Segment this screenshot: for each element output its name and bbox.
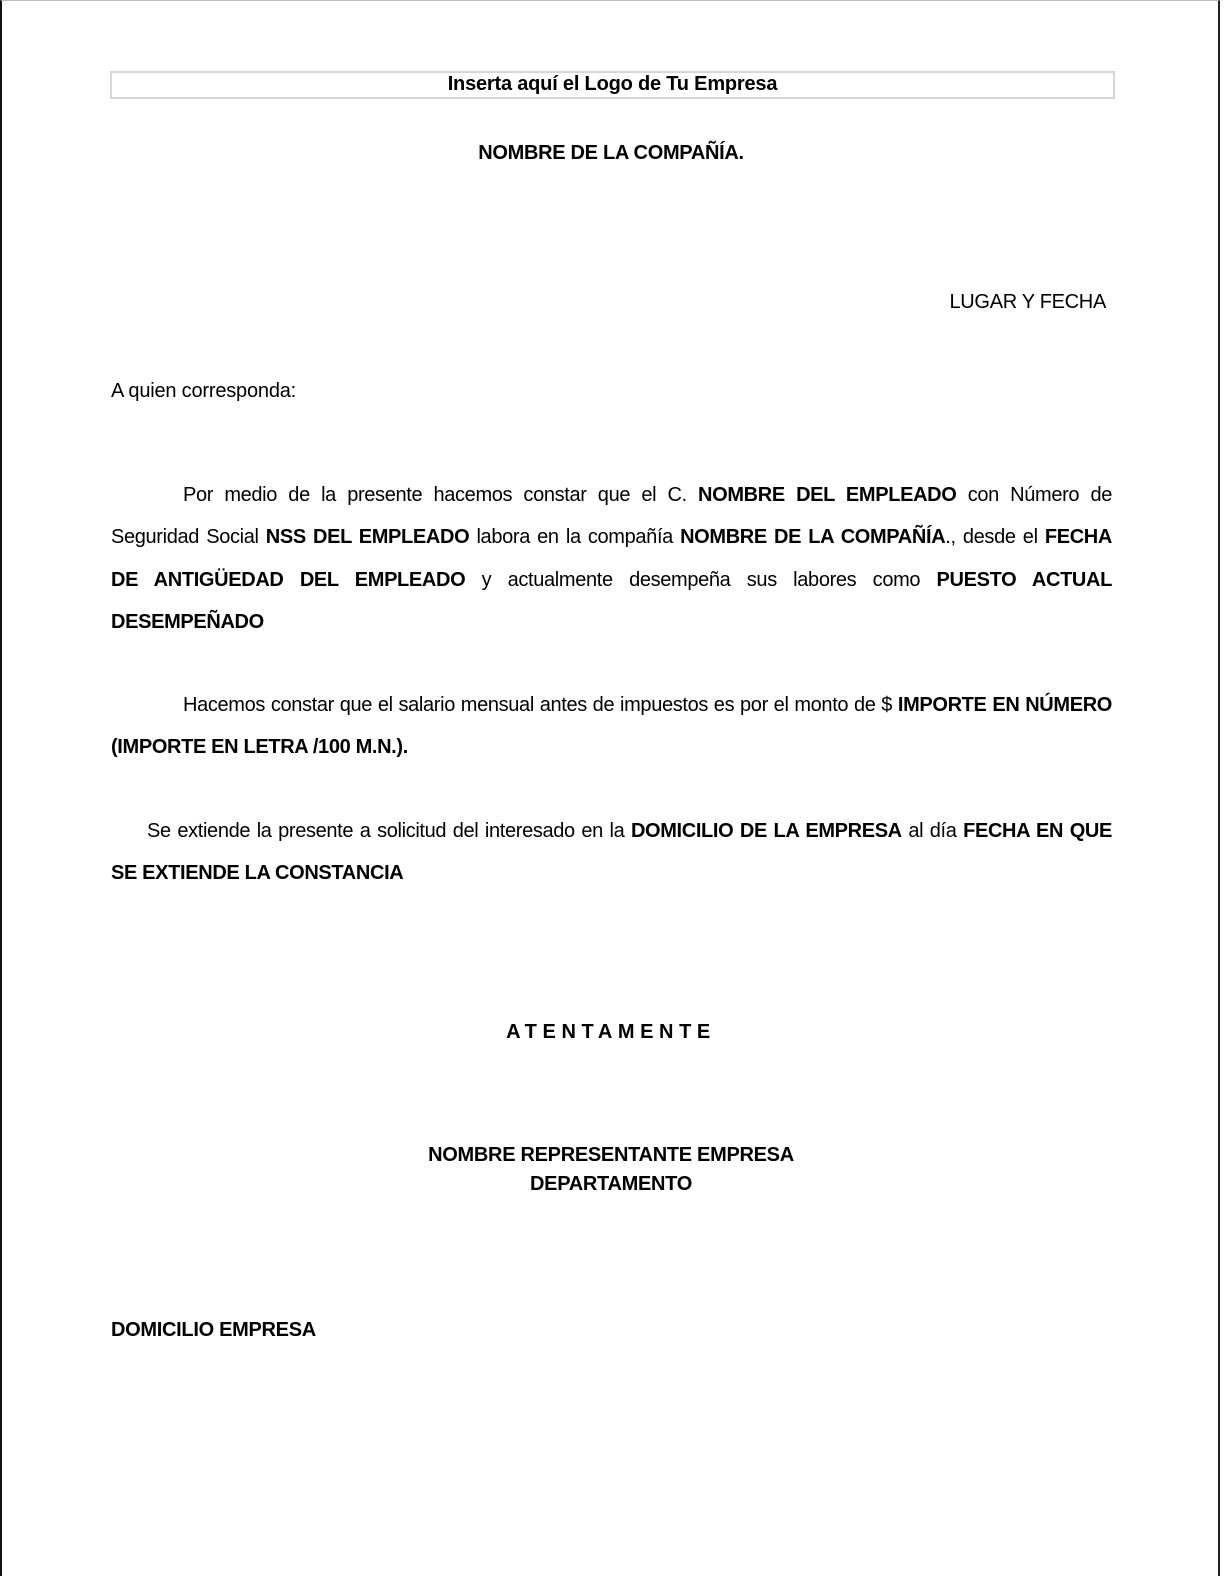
text: Hacemos constar que el salario mensual a…: [183, 694, 898, 716]
representative-name: NOMBRE REPRESENTANTE EMPRESA: [110, 1141, 1112, 1170]
company-address: DOMICILIO EMPRESA: [111, 1319, 316, 1342]
paragraph-employment: Por medio de la presente hacemos constar…: [111, 474, 1112, 643]
closing-atentamente: ATENTAMENTE: [110, 1021, 1112, 1044]
greeting: A quien corresponda:: [111, 380, 296, 403]
text: Se extiende la presente a solicitud del …: [147, 820, 631, 842]
text: Por medio de la presente hacemos constar…: [183, 484, 698, 506]
text: ., desde el: [945, 526, 1045, 548]
company-address-field: DOMICILIO DE LA EMPRESA: [631, 820, 902, 842]
company-name-field: NOMBRE DE LA COMPAÑÍA: [680, 526, 945, 548]
logo-placeholder-text: Inserta aquí el Logo de Tu Empresa: [448, 73, 778, 95]
paragraph-issuance: Se extiende la presente a solicitud del …: [111, 810, 1112, 895]
logo-placeholder-box: Inserta aquí el Logo de Tu Empresa: [110, 71, 1115, 99]
employee-nss-field: NSS DEL EMPLEADO: [266, 526, 470, 548]
place-and-date: LUGAR Y FECHA: [949, 291, 1106, 314]
document-page: Inserta aquí el Logo de Tu Empresa NOMBR…: [0, 0, 1220, 1576]
text: y actualmente desempeña sus labores como: [465, 569, 936, 591]
paragraph-salary: Hacemos constar que el salario mensual a…: [111, 684, 1112, 769]
company-name-heading: NOMBRE DE LA COMPAÑÍA.: [110, 142, 1112, 165]
signature-block: NOMBRE REPRESENTANTE EMPRESA DEPARTAMENT…: [110, 1141, 1112, 1199]
employee-name-field: NOMBRE DEL EMPLEADO: [698, 484, 956, 506]
text: al día: [902, 820, 963, 842]
text: labora en la compañía: [469, 526, 680, 548]
department: DEPARTAMENTO: [110, 1170, 1112, 1199]
